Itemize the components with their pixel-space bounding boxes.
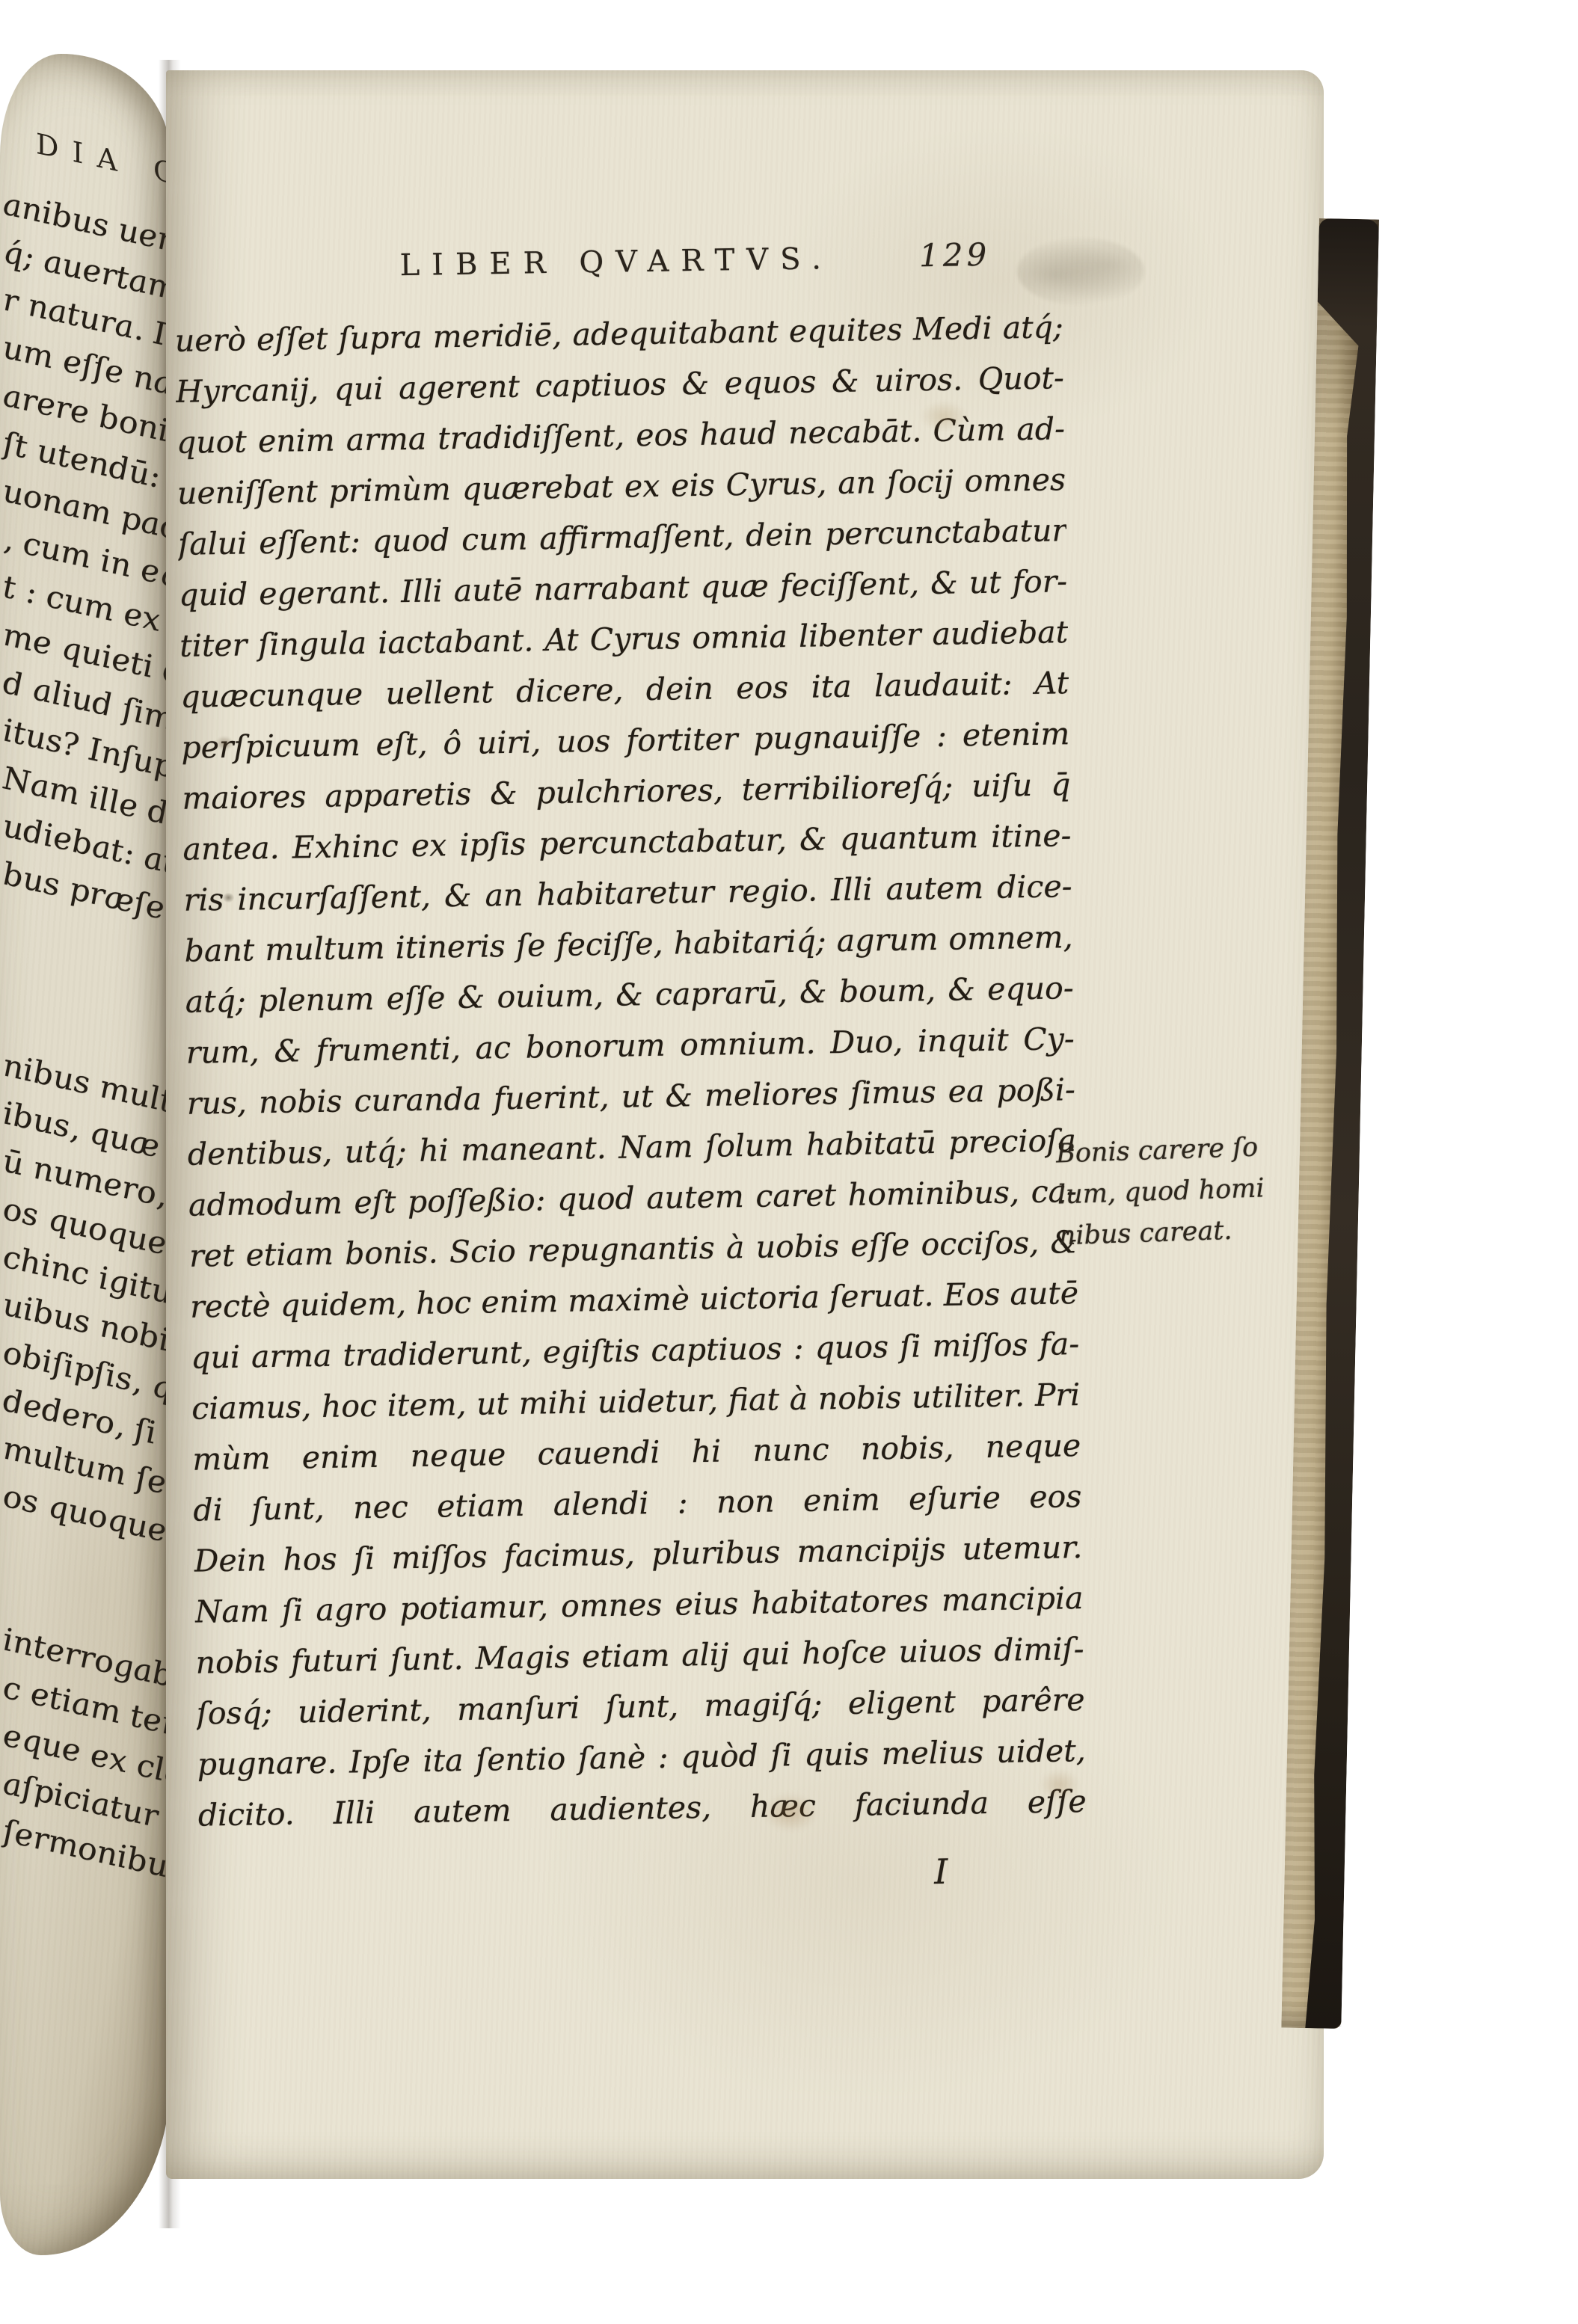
page-number: 129 [919,233,991,278]
left-page-fragments: anibus uerò meq́; auertam equr natura. I… [3,179,171,1910]
right-page: LIBER QVARTVS. 129 uerò eſſet ſupra meri… [166,70,1324,2179]
left-page-text: DIA CYRI anibus uerò meq́; auertam equr … [3,115,171,1910]
right-page-content: LIBER QVARTVS. 129 uerò eſſet ſupra meri… [166,70,1324,2179]
signature-mark: I [918,1851,964,1893]
body-text: uerò eſſet ſupra meridiē, adequitabant e… [174,301,1087,1840]
margin-note-line: nibus careat. [1058,1208,1314,1257]
header-row: LIBER QVARTVS. 129 [174,233,1060,295]
margin-note: Bonis carere ſolum, quod hominibus carea… [1055,1125,1313,1257]
left-page: DIA CYRI anibus uerò meq́; auertam equr … [0,54,171,2255]
book-photo: DIA CYRI anibus uerò meq́; auertam equr … [0,0,1578,2324]
